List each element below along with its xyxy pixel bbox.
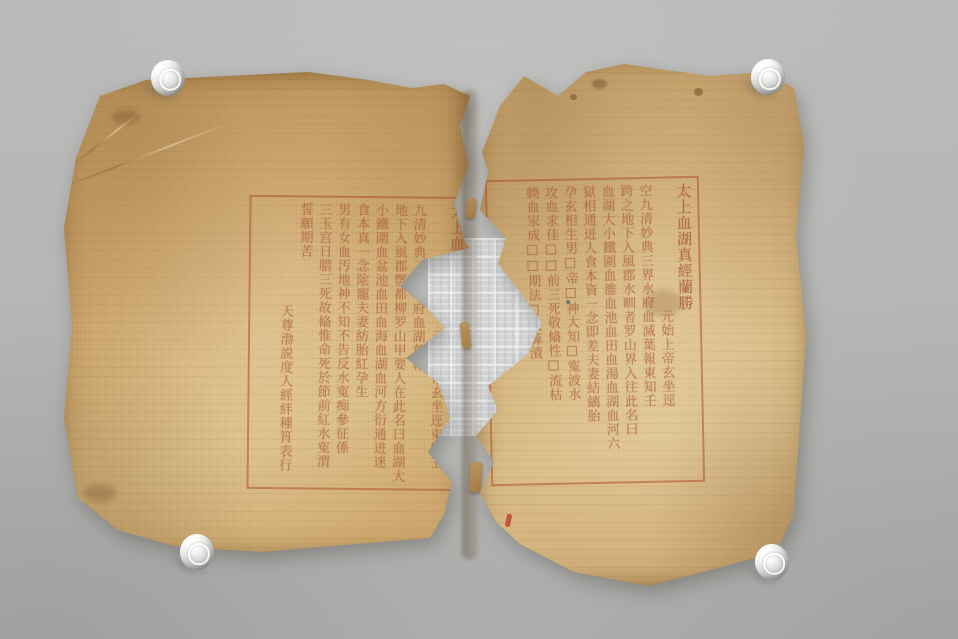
text-column: 天尊渤説度人經絆種筲表行	[273, 202, 295, 482]
pushpin-top-left	[149, 58, 187, 97]
pushpin-bottom-right	[754, 543, 790, 581]
left-manuscript-leaf: 太上血湖真經蘭勝 元始上帝玄坐逕東知壬 九清妙典三界水府血湖葉報 地下入風郡鄷都…	[56, 70, 472, 562]
pushpin-top-right	[749, 58, 786, 97]
text-column: 三玉宫日腊三死故偹惟命死於節前紅水寃渭	[311, 203, 333, 483]
stain-spot	[570, 94, 577, 100]
red-paint-mark	[505, 514, 513, 528]
text-column: 男有女血汚地神不知不告反水寃痴參征係	[330, 203, 352, 483]
text-column: 地下入風郡鄷都柳罗山甲要人在此名曰血湖大	[386, 203, 408, 483]
text-column: 小鐵圍血盆池血田血海血湖血河方衍通迸迷	[367, 203, 389, 483]
stain-spot	[112, 110, 140, 124]
right-manuscript-leaf: 太上血湖真經蘭勝 元始上帝玄坐逕 空九清妙典三界水府血滅葉報東知壬 跨之地下入風…	[466, 54, 812, 592]
stain-spot	[84, 484, 116, 502]
text-column: 元始上帝玄坐逕東知壬	[424, 204, 446, 484]
stain-spot	[552, 84, 562, 92]
right-text-frame: 太上血湖真經蘭勝 元始上帝玄坐逕 空九清妙典三界水府血滅葉報東知壬 跨之地下入風…	[485, 176, 705, 486]
right-page-paper: 太上血湖真經蘭勝 元始上帝玄坐逕 空九清妙典三界水府血滅葉報東知壬 跨之地下入風…	[466, 54, 812, 592]
text-column: 太上血湖真經蘭勝	[443, 204, 468, 484]
stain-spot	[694, 88, 703, 96]
stain-spot	[592, 79, 607, 89]
left-page-paper: 太上血湖真經蘭勝 元始上帝玄坐逕東知壬 九清妙典三界水府血湖葉報 地下入風郡鄷都…	[56, 70, 472, 562]
left-text-frame: 太上血湖真經蘭勝 元始上帝玄坐逕東知壬 九清妙典三界水府血湖葉報 地下入風郡鄷都…	[246, 195, 473, 491]
pushpin-bottom-left	[179, 533, 215, 571]
